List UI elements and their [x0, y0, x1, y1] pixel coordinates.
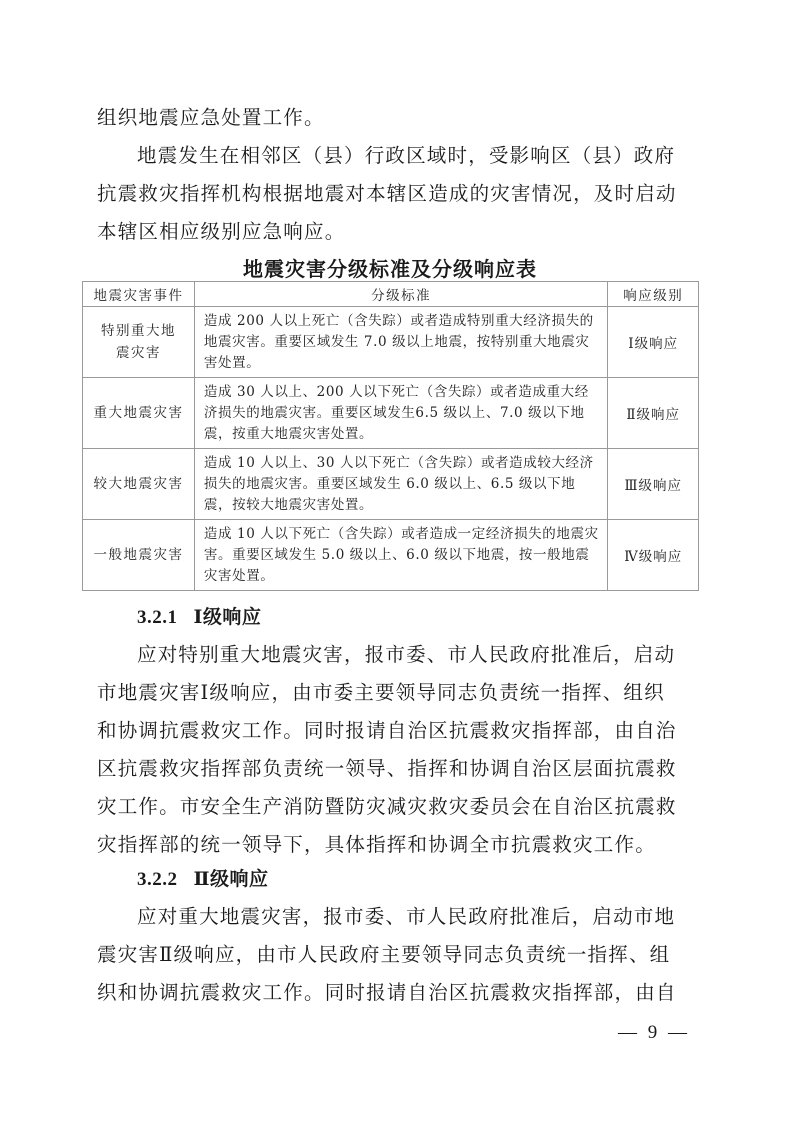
text-line: 和协调抗震救灾工作。同时报请自治区抗震救灾指挥部，由自治 — [97, 712, 697, 750]
text-line: 市地震灾害I级响应，由市委主要领导同志负责统一指挥、组织 — [97, 674, 697, 712]
table-row: 较大地震灾害 造成 10 人以上、30 人以下死亡（含失踪）或者造成较大经济损失… — [83, 449, 699, 520]
column-header-standard: 分级标准 — [194, 282, 607, 307]
section-number: 3.2.1 — [137, 607, 178, 628]
cell-standard: 造成 10 人以上、30 人以下死亡（含失踪）或者造成较大经济损失的地震灾害。重… — [194, 449, 607, 520]
table-row: 重大地震灾害 造成 30 人以上、200 人以下死亡（含失踪）或者造成重大经济损… — [83, 378, 699, 449]
paragraph-level-2-response: 应对重大地震灾害，报市委、市人民政府批准后，启动市地 震灾害Ⅱ级响应，由市人民政… — [97, 898, 697, 1012]
text-line: 地震发生在相邻区（县）行政区域时，受影响区（县）政府 — [97, 137, 697, 175]
cell-standard: 造成 10 人以下死亡（含失踪）或者造成一定经济损失的地震灾害。重要区域发生 5… — [194, 520, 607, 591]
text-line: 抗震救灾指挥机构根据地震对本辖区造成的灾害情况，及时启动 — [97, 175, 697, 213]
column-header-level: 响应级别 — [608, 282, 699, 307]
text-line: 应对重大地震灾害，报市委、市人民政府批准后，启动市地 — [97, 898, 697, 936]
text-line: 组织地震应急处置工作。 — [97, 99, 697, 137]
cell-level: Ⅲ级响应 — [608, 449, 699, 520]
cell-level: Ⅰ级响应 — [608, 307, 699, 378]
section-number: 3.2.2 — [137, 869, 178, 890]
cell-level: Ⅳ级响应 — [608, 520, 699, 591]
cell-standard: 造成 200 人以上死亡（含失踪）或者造成特别重大经济损失的地震灾害。重要区域发… — [194, 307, 607, 378]
section-heading-3-2-1: 3.2.1I级响应 — [137, 598, 261, 637]
text-line: 灾指挥部的统一领导下，具体指挥和协调全市抗震救灾工作。 — [97, 826, 697, 864]
text-line: 织和协调抗震救灾工作。同时报请自治区抗震救灾指挥部，由自 — [97, 974, 697, 1012]
section-title: I级响应 — [194, 606, 262, 628]
cell-standard: 造成 30 人以上、200 人以下死亡（含失踪）或者造成重大经济损失的地震灾害。… — [194, 378, 607, 449]
text-line: 震灾害Ⅱ级响应，由市人民政府主要领导同志负责统一指挥、组 — [97, 936, 697, 974]
table-title: 地震灾害分级标准及分级响应表 — [82, 253, 698, 282]
paragraph-neighbor-district: 地震发生在相邻区（县）行政区域时，受影响区（县）政府 抗震救灾指挥机构根据地震对… — [97, 137, 697, 251]
table-row: 特别重大地震灾害 造成 200 人以上死亡（含失踪）或者造成特别重大经济损失的地… — [83, 307, 699, 378]
cell-event: 特别重大地震灾害 — [83, 307, 195, 378]
paragraph-level-1-response: 应对特别重大地震灾害，报市委、市人民政府批准后，启动 市地震灾害I级响应，由市委… — [97, 636, 697, 864]
cell-event: 一般地震灾害 — [83, 520, 195, 591]
text-line: 应对特别重大地震灾害，报市委、市人民政府批准后，启动 — [97, 636, 697, 674]
table-row: 一般地震灾害 造成 10 人以下死亡（含失踪）或者造成一定经济损失的地震灾害。重… — [83, 520, 699, 591]
paragraph-continuation: 组织地震应急处置工作。 — [97, 99, 697, 137]
cell-event: 重大地震灾害 — [83, 378, 195, 449]
event-label: 特别重大地震灾害 — [94, 320, 182, 364]
text-line: 灾工作。市安全生产消防暨防灾减灾救灾委员会在自治区抗震救 — [97, 788, 697, 826]
text-line: 区抗震救灾指挥部负责统一领导、指挥和协调自治区层面抗震救 — [97, 750, 697, 788]
text-line: 本辖区相应级别应急响应。 — [97, 213, 697, 251]
page-number: — 9 — — [618, 1022, 690, 1044]
section-title: Ⅱ级响应 — [194, 868, 269, 890]
cell-level: Ⅱ级响应 — [608, 378, 699, 449]
earthquake-grading-table: 地震灾害事件 分级标准 响应级别 特别重大地震灾害 造成 200 人以上死亡（含… — [82, 281, 699, 591]
cell-event: 较大地震灾害 — [83, 449, 195, 520]
section-heading-3-2-2: 3.2.2Ⅱ级响应 — [137, 860, 269, 899]
column-header-event: 地震灾害事件 — [83, 282, 195, 307]
table-header-row: 地震灾害事件 分级标准 响应级别 — [83, 282, 699, 307]
